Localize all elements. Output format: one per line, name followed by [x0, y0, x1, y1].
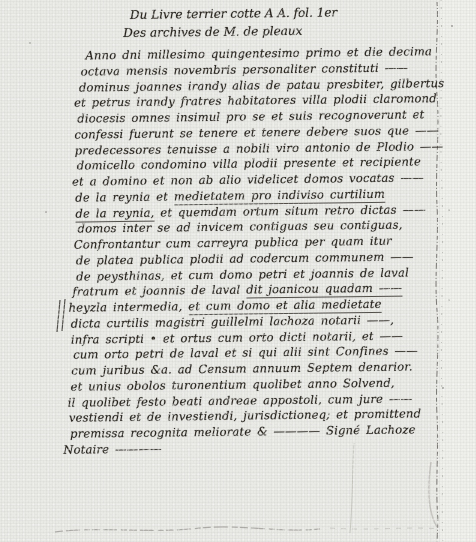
manuscript-header: Du Livre terrier cotte A A. fol. 1er Des… [130, 3, 338, 42]
manuscript-text: Du Livre terrier cotte A A. fol. 1er Des… [0, 0, 476, 542]
header-archive-line: Des archives de M. de pleaux [123, 21, 337, 42]
scanned-manuscript-page: Du Livre terrier cotte A A. fol. 1er Des… [0, 0, 476, 542]
header-title-line: Du Livre terrier cotte A A. fol. 1er [130, 3, 337, 24]
manuscript-body: Anno dni millesimo quingentesimo primo e… [73, 44, 448, 458]
line-text: fratrum et joannis de laval [72, 283, 246, 299]
line-text: et quemdam ortum situm retro dictas —— [154, 202, 426, 219]
underlined-text: de la reynia, [75, 205, 154, 222]
line-text: heyzla intermedia, [68, 299, 188, 314]
line-text: de la reynia et [75, 189, 174, 204]
